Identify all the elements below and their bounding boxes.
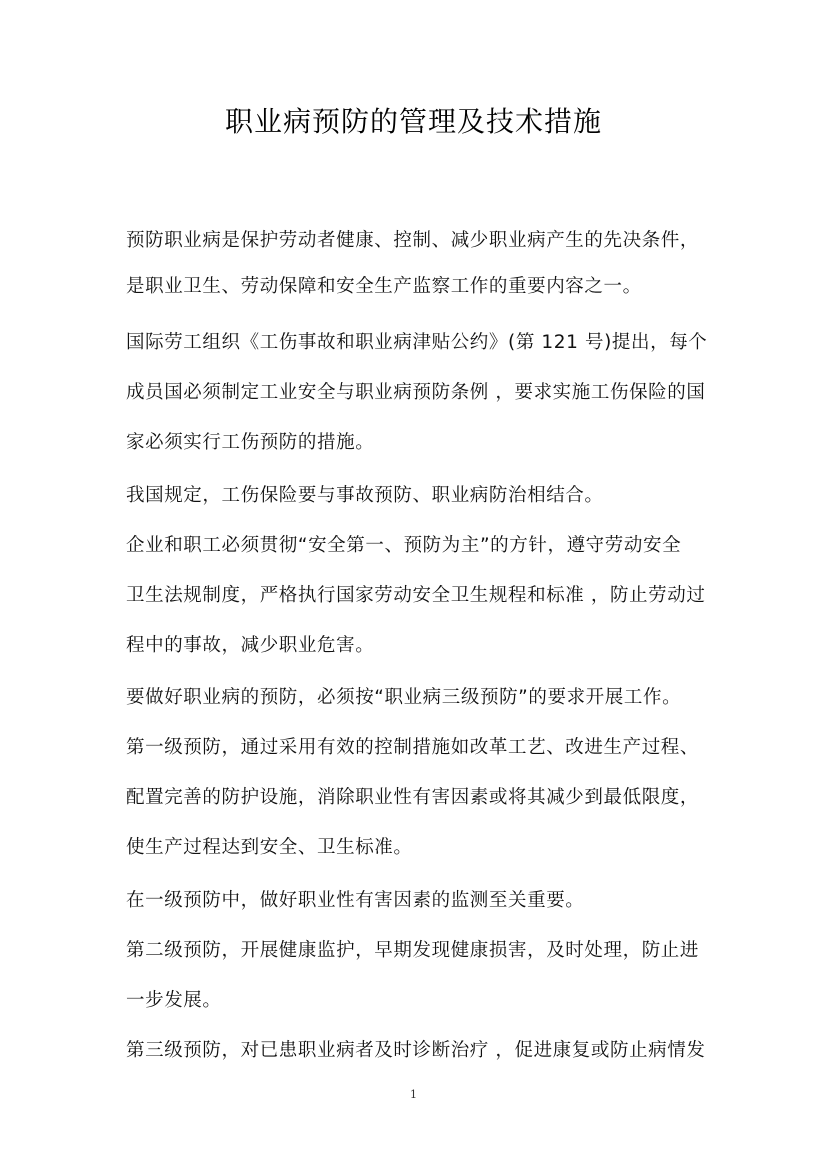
paragraph-line: 国际劳工组织《工伤事故和职业病津贴公约》(第 121 号)提出，每个 <box>126 328 707 354</box>
paragraph-line: 成员国必须制定工业安全与职业病预防条例 ，要求实施工伤保险的国 <box>126 378 705 404</box>
paragraph-line: 第二级预防，开展健康监护，早期发现健康损害，及时处理，防止进 <box>126 936 699 962</box>
paragraph-line: 使生产过程达到安全、卫生标准。 <box>126 833 413 859</box>
paragraph-line: 程中的事故，减少职业危害。 <box>126 631 374 657</box>
paragraph-line: 企业和职工必须贯彻“安全第一、预防为主”的方针，遵守劳动安全 <box>126 531 681 557</box>
paragraph-line: 预防职业病是保护劳动者健康、控制、减少职业病产生的先决条件， <box>126 226 699 252</box>
paragraph-line: 家必须实行工伤预防的措施。 <box>126 428 374 454</box>
paragraph-line: 一步发展。 <box>126 986 222 1012</box>
paragraph-line: 第三级预防，对已患职业病者及时诊断治疗 ，促进康复或防止病情发 <box>126 1036 705 1062</box>
page-number: 1 <box>0 1088 827 1101</box>
paragraph-line: 要做好职业病的预防，必须按“职业病三级预防”的要求开展工作。 <box>126 683 681 709</box>
paragraph-line: 第一级预防，通过采用有效的控制措施如改革工艺、改进生产过程、 <box>126 733 699 759</box>
paragraph-line: 在一级预防中，做好职业性有害因素的监测至关重要。 <box>126 886 584 912</box>
document-title: 职业病预防的管理及技术措施 <box>0 100 827 140</box>
paragraph-line: 是职业卫生、劳动保障和安全生产监察工作的重要内容之一。 <box>126 272 642 298</box>
paragraph-line: 卫生法规制度，严格执行国家劳动安全卫生规程和标准 ，防止劳动过 <box>126 581 705 607</box>
paragraph-line: 配置完善的防护设施，消除职业性有害因素或将其减少到最低限度， <box>126 783 699 809</box>
paragraph-line: 我国规定，工伤保险要与事故预防、职业病防治相结合。 <box>126 481 604 507</box>
